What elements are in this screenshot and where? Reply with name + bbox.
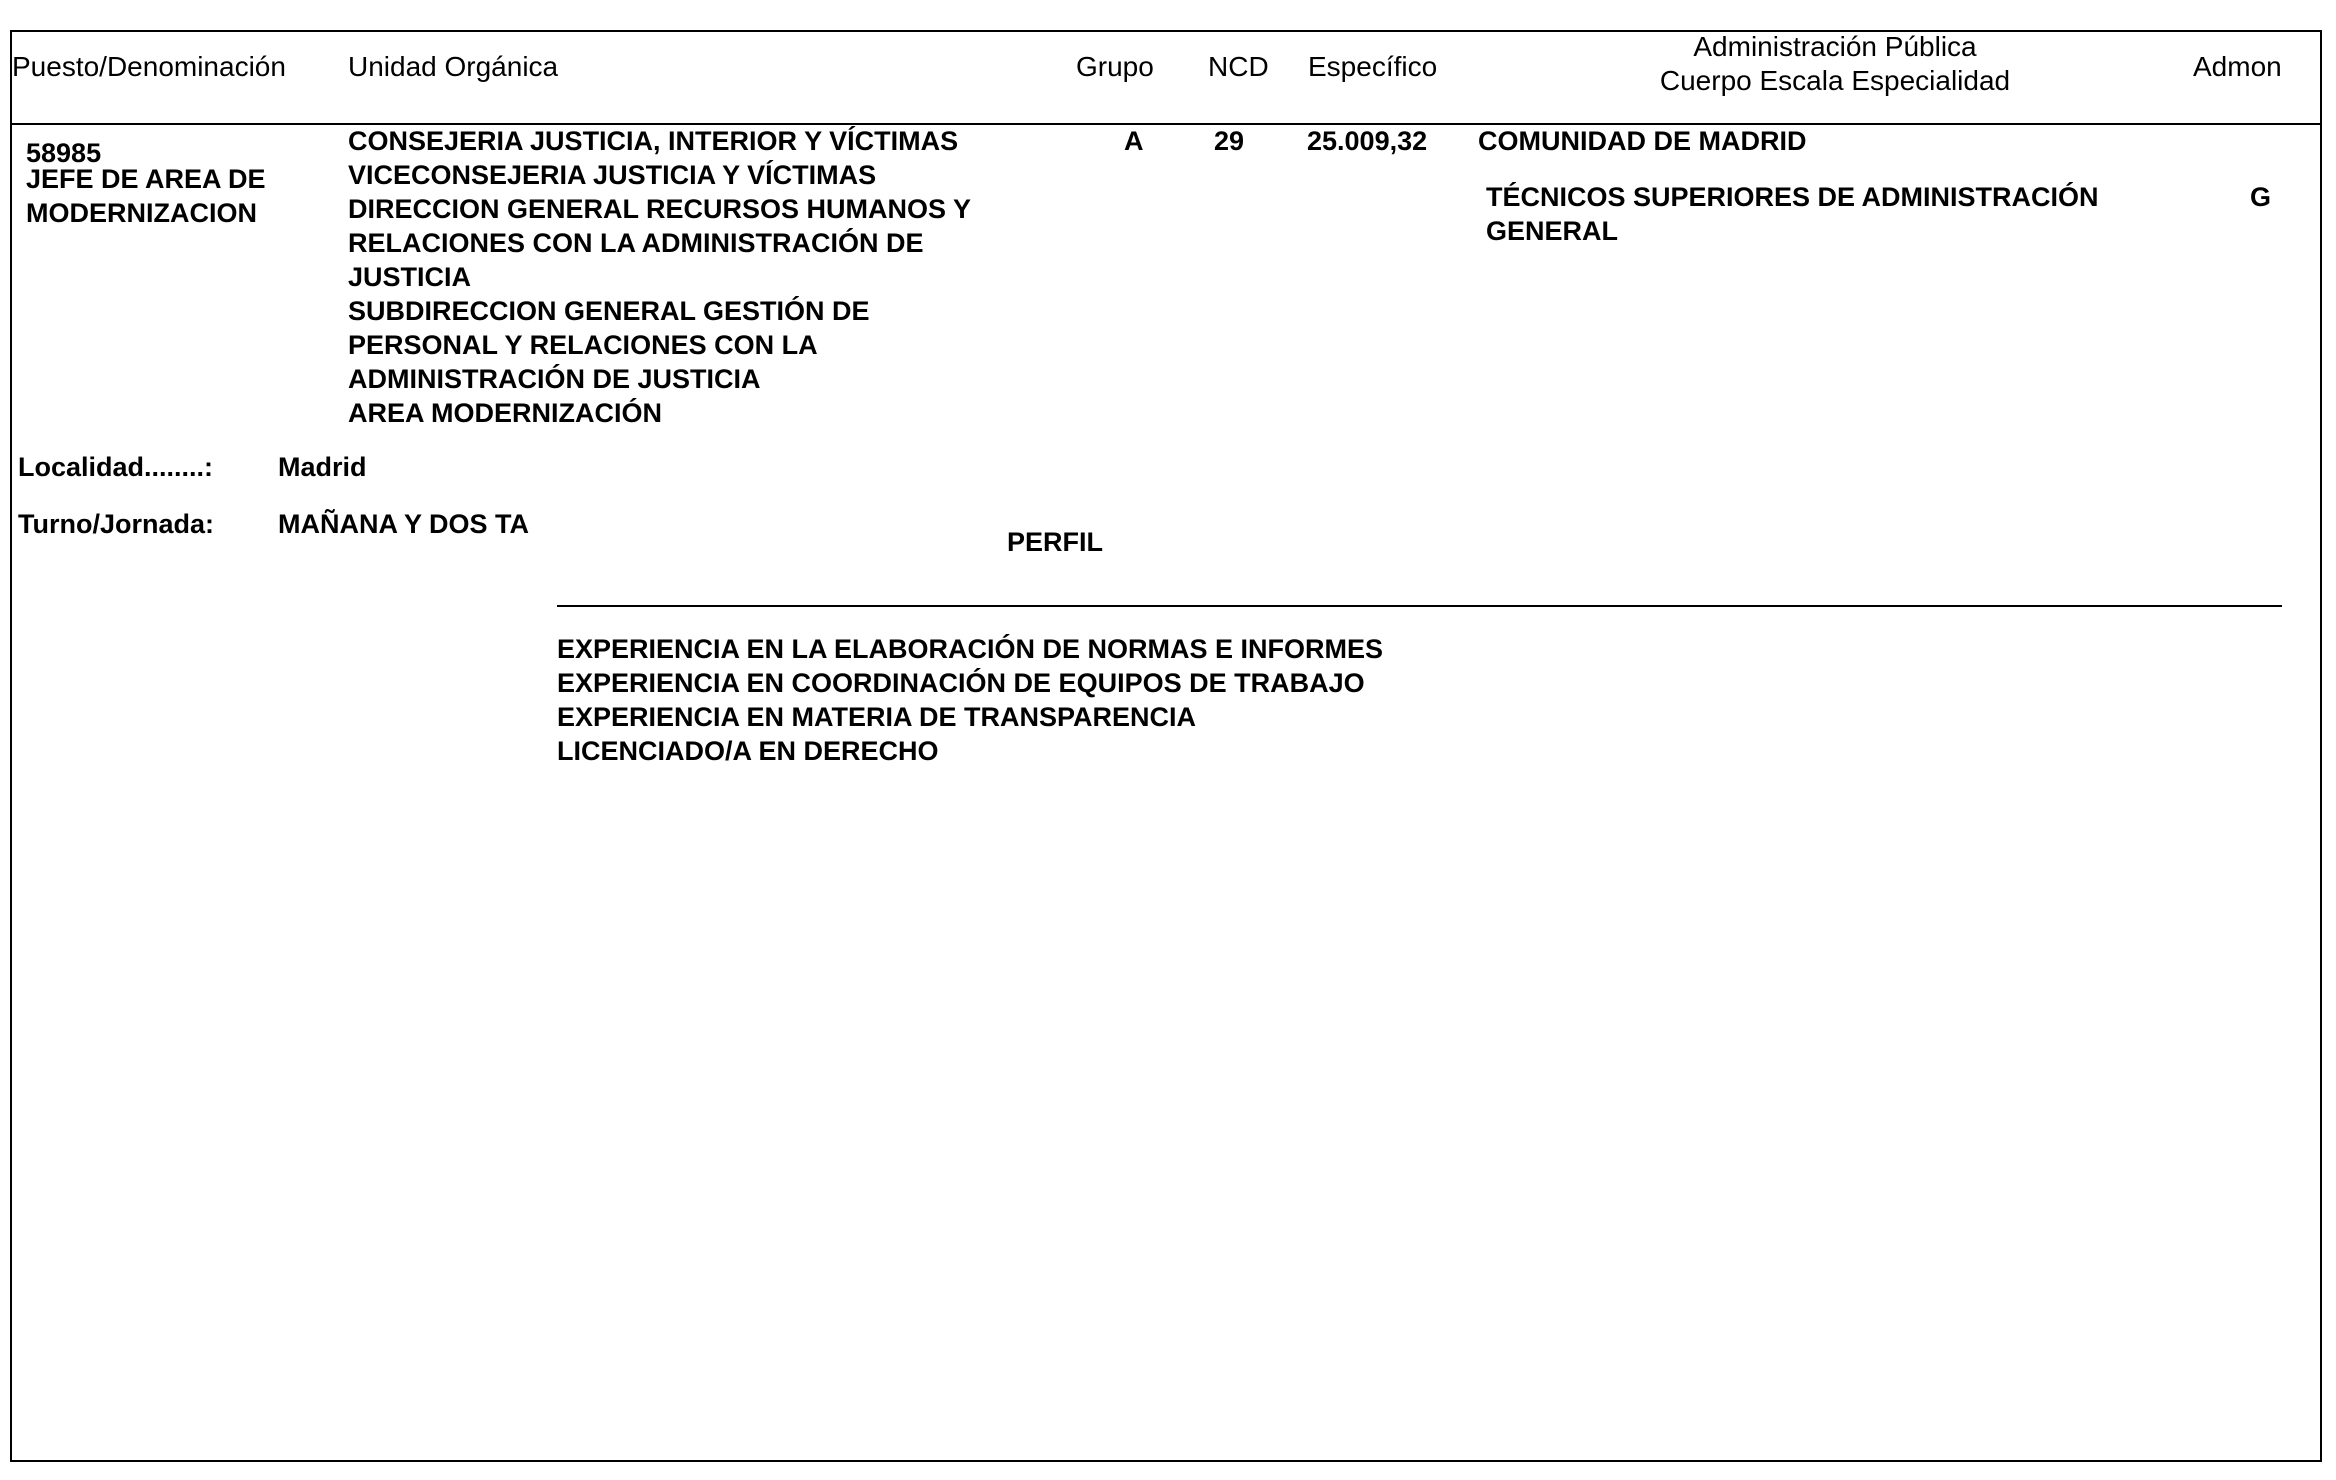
col-header-puesto: Puesto/Denominación bbox=[12, 50, 286, 84]
puesto-denominacion: JEFE DE AREA DE MODERNIZACION bbox=[26, 162, 266, 230]
perfil-item: EXPERIENCIA EN MATERIA DE TRANSPARENCIA bbox=[557, 700, 1383, 734]
unidad-organica: CONSEJERIA JUSTICIA, INTERIOR Y VÍCTIMAS… bbox=[348, 124, 971, 430]
unidad-line: SUBDIRECCION GENERAL GESTIÓN DE bbox=[348, 294, 971, 328]
cuerpo-value: TÉCNICOS SUPERIORES DE ADMINISTRACIÓN GE… bbox=[1486, 180, 2099, 248]
grupo-value: A bbox=[1124, 124, 1144, 158]
localidad-value: Madrid bbox=[278, 450, 367, 484]
admon-value: G bbox=[2250, 180, 2271, 214]
unidad-line: ADMINISTRACIÓN DE JUSTICIA bbox=[348, 362, 971, 396]
administracion-value: COMUNIDAD DE MADRID bbox=[1478, 124, 1806, 158]
col-header-admin-line1: Administración Pública bbox=[1580, 30, 2090, 64]
unidad-line: PERSONAL Y RELACIONES CON LA bbox=[348, 328, 971, 362]
turno-value: MAÑANA Y DOS TA bbox=[278, 507, 529, 541]
unidad-line: JUSTICIA bbox=[348, 260, 971, 294]
col-header-ncd: NCD bbox=[1208, 50, 1269, 84]
especifico-value: 25.009,32 bbox=[1307, 124, 1427, 158]
localidad-label: Localidad........: bbox=[18, 450, 213, 484]
perfil-list: EXPERIENCIA EN LA ELABORACIÓN DE NORMAS … bbox=[557, 632, 1383, 768]
perfil-item: EXPERIENCIA EN COORDINACIÓN DE EQUIPOS D… bbox=[557, 666, 1383, 700]
col-header-admon: Admon bbox=[2193, 50, 2282, 84]
col-header-unidad: Unidad Orgánica bbox=[348, 50, 558, 84]
unidad-line: RELACIONES CON LA ADMINISTRACIÓN DE bbox=[348, 226, 971, 260]
perfil-item: LICENCIADO/A EN DERECHO bbox=[557, 734, 1383, 768]
unidad-line: CONSEJERIA JUSTICIA, INTERIOR Y VÍCTIMAS bbox=[348, 124, 971, 158]
col-header-grupo: Grupo bbox=[1076, 50, 1154, 84]
unidad-line: DIRECCION GENERAL RECURSOS HUMANOS Y bbox=[348, 192, 971, 226]
cuerpo-line: GENERAL bbox=[1486, 214, 2099, 248]
unidad-line: AREA MODERNIZACIÓN bbox=[348, 396, 971, 430]
denominacion-line: JEFE DE AREA DE bbox=[26, 162, 266, 196]
turno-label: Turno/Jornada: bbox=[18, 507, 214, 541]
ncd-value: 29 bbox=[1214, 124, 1244, 158]
perfil-divider bbox=[557, 605, 2282, 607]
unidad-line: VICECONSEJERIA JUSTICIA Y VÍCTIMAS bbox=[348, 158, 971, 192]
perfil-item: EXPERIENCIA EN LA ELABORACIÓN DE NORMAS … bbox=[557, 632, 1383, 666]
cuerpo-line: TÉCNICOS SUPERIORES DE ADMINISTRACIÓN bbox=[1486, 180, 2099, 214]
perfil-title: PERFIL bbox=[1007, 525, 1103, 559]
col-header-admin-line2: Cuerpo Escala Especialidad bbox=[1580, 64, 2090, 98]
denominacion-line: MODERNIZACION bbox=[26, 196, 266, 230]
col-header-especifico: Específico bbox=[1308, 50, 1437, 84]
